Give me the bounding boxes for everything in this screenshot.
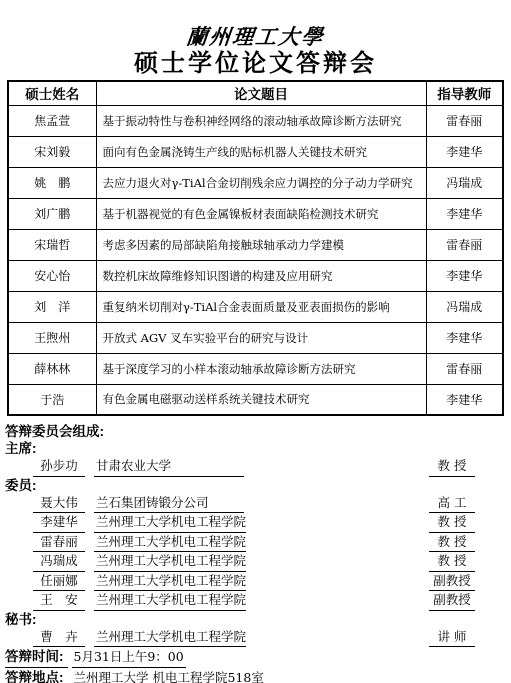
thesis-title: 开放式 AGV 叉车实验平台的研究与设计 xyxy=(96,322,426,353)
defense-table: 硕士姓名 论文题目 指导教师 焦孟萱 基于振动特性与卷积神经网络的滚动轴承故障诊… xyxy=(7,80,504,416)
col-header-advisor: 指导教师 xyxy=(426,81,503,105)
advisor-name: 雷春丽 xyxy=(426,105,503,136)
advisor-name: 冯瑞成 xyxy=(426,291,503,322)
table-row: 于浩 有色金属电磁驱动送样系统关键技术研究 李建华 xyxy=(8,384,503,415)
page-title: 硕士学位论文答辩会 xyxy=(0,51,511,78)
thesis-title: 重复纳米切削对γ-TiAl合金表面质量及亚表面损伤的影响 xyxy=(96,291,426,322)
thesis-title: 面向有色金属浇铸生产线的贴标机器人关键技术研究 xyxy=(96,136,426,167)
col-header-student-name: 硕士姓名 xyxy=(8,81,96,105)
defense-time-value: 5月31日上午9：00 xyxy=(72,647,186,668)
advisor-name: 雷春丽 xyxy=(426,229,503,260)
member-title: 高 工 xyxy=(429,494,475,514)
members-label: 委员: xyxy=(5,477,511,494)
member-affiliation: 兰石集团铸锻分公司 xyxy=(94,494,244,514)
advisor-name: 雷春丽 xyxy=(426,353,503,384)
secretary-affiliation: 兰州理工大学机电工程学院 xyxy=(94,628,246,648)
advisor-name: 李建华 xyxy=(426,322,503,353)
committee-section-title: 答辩委员会组成: xyxy=(5,423,511,440)
defense-location-value: 兰州理工大学 机电工程学院518室 xyxy=(72,668,266,683)
member-entry: 王 安 兰州理工大学机电工程学院 副教授 xyxy=(5,591,511,611)
member-entry: 冯瑞成 兰州理工大学机电工程学院 教 授 xyxy=(5,552,511,572)
defense-time-label: 答辩时间: xyxy=(5,647,68,668)
table-row: 宋刘毅 面向有色金属浇铸生产线的贴标机器人关键技术研究 李建华 xyxy=(8,136,503,167)
chair-label: 主席: xyxy=(5,440,511,457)
table-row: 焦孟萱 基于振动特性与卷积神经网络的滚动轴承故障诊断方法研究 雷春丽 xyxy=(8,105,503,136)
student-name: 宋瑞哲 xyxy=(8,229,96,260)
student-name: 刘 洋 xyxy=(8,291,96,322)
student-name: 于浩 xyxy=(8,384,96,415)
advisor-name: 李建华 xyxy=(426,384,503,415)
secretary-name: 曹 卉 xyxy=(33,628,85,648)
secretary-label: 秘书: xyxy=(5,611,511,628)
member-name: 冯瑞成 xyxy=(33,552,85,572)
advisor-name: 李建华 xyxy=(426,136,503,167)
member-affiliation: 兰州理工大学机电工程学院 xyxy=(94,552,246,572)
thesis-title: 考虑多因素的局部缺陷角接触球轴承动力学建模 xyxy=(96,229,426,260)
member-title: 教 授 xyxy=(429,552,475,572)
member-entry: 聂大伟 兰石集团铸锻分公司 高 工 xyxy=(5,494,511,514)
student-name: 薛林林 xyxy=(8,353,96,384)
table-row: 宋瑞哲 考虑多因素的局部缺陷角接触球轴承动力学建模 雷春丽 xyxy=(8,229,503,260)
student-name: 王煦州 xyxy=(8,322,96,353)
table-header-row: 硕士姓名 论文题目 指导教师 xyxy=(8,81,503,105)
student-name: 姚 鹏 xyxy=(8,167,96,198)
member-entry: 李建华 兰州理工大学机电工程学院 教 授 xyxy=(5,513,511,533)
committee-section: 答辩委员会组成: 主席: 孙步功 甘肃农业大学 教 授 委员: 聂大伟 兰石集团… xyxy=(0,423,511,647)
thesis-title: 去应力退火对γ-TiAl合金切削残余应力调控的分子动力学研究 xyxy=(96,167,426,198)
table-row: 王煦州 开放式 AGV 叉车实验平台的研究与设计 李建华 xyxy=(8,322,503,353)
student-name: 宋刘毅 xyxy=(8,136,96,167)
member-affiliation: 兰州理工大学机电工程学院 xyxy=(94,572,246,592)
member-title: 教 授 xyxy=(429,513,475,533)
chair-name: 孙步功 xyxy=(33,457,85,477)
defense-location-row: 答辩地点: 兰州理工大学 机电工程学院518室 xyxy=(0,668,511,683)
member-title: 教 授 xyxy=(429,533,475,553)
chair-title: 教 授 xyxy=(429,457,475,477)
member-affiliation: 兰州理工大学机电工程学院 xyxy=(94,591,246,611)
member-entry: 雷春丽 兰州理工大学机电工程学院 教 授 xyxy=(5,533,511,553)
thesis-title: 基于深度学习的小样本滚动轴承故障诊断方法研究 xyxy=(96,353,426,384)
table-row: 姚 鹏 去应力退火对γ-TiAl合金切削残余应力调控的分子动力学研究 冯瑞成 xyxy=(8,167,503,198)
member-title: 副教授 xyxy=(429,572,475,592)
student-name: 焦孟萱 xyxy=(8,105,96,136)
member-name: 李建华 xyxy=(33,513,85,533)
advisor-name: 李建华 xyxy=(426,260,503,291)
chair-affiliation: 甘肃农业大学 xyxy=(94,457,244,477)
table-row: 刘广鹏 基于机器视觉的有色金属镍板材表面缺陷检测技术研究 李建华 xyxy=(8,198,503,229)
defense-time-row: 答辩时间: 5月31日上午9：00 xyxy=(0,647,511,668)
thesis-title: 基于振动特性与卷积神经网络的滚动轴承故障诊断方法研究 xyxy=(96,105,426,136)
table-row: 安心怡 数控机床故障维修知识图谱的构建及应用研究 李建华 xyxy=(8,260,503,291)
member-name: 雷春丽 xyxy=(33,533,85,553)
member-affiliation: 兰州理工大学机电工程学院 xyxy=(94,513,246,533)
university-calligraphy-logo: 蘭州理工大學 xyxy=(0,21,511,51)
member-title: 副教授 xyxy=(429,591,475,611)
defense-location-label: 答辩地点: xyxy=(5,668,68,683)
secretary-entry: 曹 卉 兰州理工大学机电工程学院 讲 师 xyxy=(5,628,511,648)
member-name: 王 安 xyxy=(33,591,85,611)
table-row: 刘 洋 重复纳米切削对γ-TiAl合金表面质量及亚表面损伤的影响 冯瑞成 xyxy=(8,291,503,322)
col-header-thesis-title: 论文题目 xyxy=(96,81,426,105)
member-entry: 任丽娜 兰州理工大学机电工程学院 副教授 xyxy=(5,572,511,592)
document-page: 蘭州理工大學 硕士学位论文答辩会 硕士姓名 论文题目 指导教师 焦孟萱 基于振动… xyxy=(0,0,511,683)
advisor-name: 李建华 xyxy=(426,198,503,229)
member-name: 聂大伟 xyxy=(33,494,85,514)
member-name: 任丽娜 xyxy=(33,572,85,592)
advisor-name: 冯瑞成 xyxy=(426,167,503,198)
thesis-title: 有色金属电磁驱动送样系统关键技术研究 xyxy=(96,384,426,415)
table-row: 薛林林 基于深度学习的小样本滚动轴承故障诊断方法研究 雷春丽 xyxy=(8,353,503,384)
student-name: 刘广鹏 xyxy=(8,198,96,229)
student-name: 安心怡 xyxy=(8,260,96,291)
member-affiliation: 兰州理工大学机电工程学院 xyxy=(94,533,246,553)
thesis-title: 数控机床故障维修知识图谱的构建及应用研究 xyxy=(96,260,426,291)
secretary-title: 讲 师 xyxy=(429,628,475,648)
chair-entry: 孙步功 甘肃农业大学 教 授 xyxy=(5,457,511,477)
thesis-title: 基于机器视觉的有色金属镍板材表面缺陷检测技术研究 xyxy=(96,198,426,229)
